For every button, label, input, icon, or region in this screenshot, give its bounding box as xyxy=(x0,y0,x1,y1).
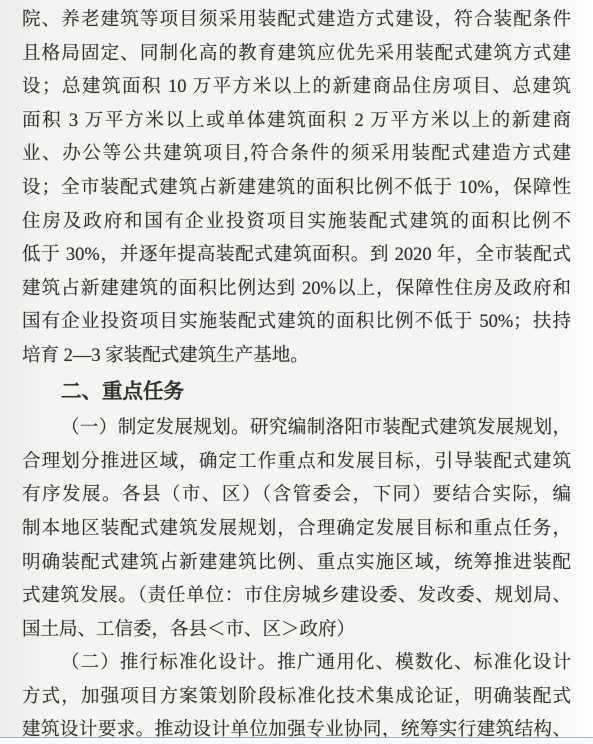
text-line: 面积 3 万平方米以上或单体建筑面积 2 万平方米以上的新建商 xyxy=(22,105,571,139)
text-line: 国有企业投资项目实施装配式建筑的面积比例不低于 50%；扶持 xyxy=(22,306,571,340)
page-bottom-edge xyxy=(0,737,593,744)
text-line: 明确装配式建筑占新建建筑比例、重点实施区域，统筹推进装配 xyxy=(22,547,571,581)
text-line: 制本地区装配式建筑发展规划，合理确定发展目标和重点任务， xyxy=(22,513,571,547)
text-line: （一）制定发展规划。研究编制洛阳市装配式建筑发展规划， xyxy=(22,412,571,446)
text-line: （二）推行标准化设计。推广通用化、模数化、标准化设计 xyxy=(22,647,571,681)
text-line: 建筑占新建建筑的面积比例达到 20%以上，保障性住房及政府和 xyxy=(22,273,571,307)
section-heading: 二、重点任务 xyxy=(22,376,571,410)
document-page: 院、养老建筑等项目须采用装配式建造方式建设，符合装配条件且格局固定、同制化高的教… xyxy=(0,0,593,744)
text-line: 式建筑发展。（责任单位：市住房城乡建设委、发改委、规划局、 xyxy=(22,580,571,614)
text-line: 设；总建筑面积 10 万平方米以上的新建商品住房项目、总建筑 xyxy=(22,71,571,105)
text-line: 且格局固定、同制化高的教育建筑应优先采用装配式建筑方式建 xyxy=(22,38,571,72)
text-line: 培育 2—3 家装配式建筑生产基地。 xyxy=(22,340,571,374)
text-line: 院、养老建筑等项目须采用装配式建造方式建设，符合装配条件 xyxy=(22,4,571,38)
text-line: 设；全市装配式建筑占新建建筑的面积比例不低于 10%，保障性 xyxy=(22,172,571,206)
document-text-block: 院、养老建筑等项目须采用装配式建造方式建设，符合装配条件且格局固定、同制化高的教… xyxy=(22,4,571,744)
text-line: 合理划分推进区域，确定工作重点和发展目标，引导装配式建筑 xyxy=(22,446,571,480)
text-line: 方式，加强项目方案策划阶段标准化技术集成论证，明确装配式 xyxy=(22,681,571,715)
text-line: 住房及政府和国有企业投资项目实施装配式建筑的面积比例不 xyxy=(22,206,571,240)
text-line: 有序发展。各县（市、区）（含管委会，下同）要结合实际，编 xyxy=(22,479,571,513)
text-line: 业、办公等公共建筑项目,符合条件的须采用装配式建造方式建 xyxy=(22,138,571,172)
text-line: 低于 30%，并逐年提高装配式建筑面积。到 2020 年，全市装配式 xyxy=(22,239,571,273)
text-line: 国土局、工信委，各县＜市、区＞政府） xyxy=(22,614,571,648)
